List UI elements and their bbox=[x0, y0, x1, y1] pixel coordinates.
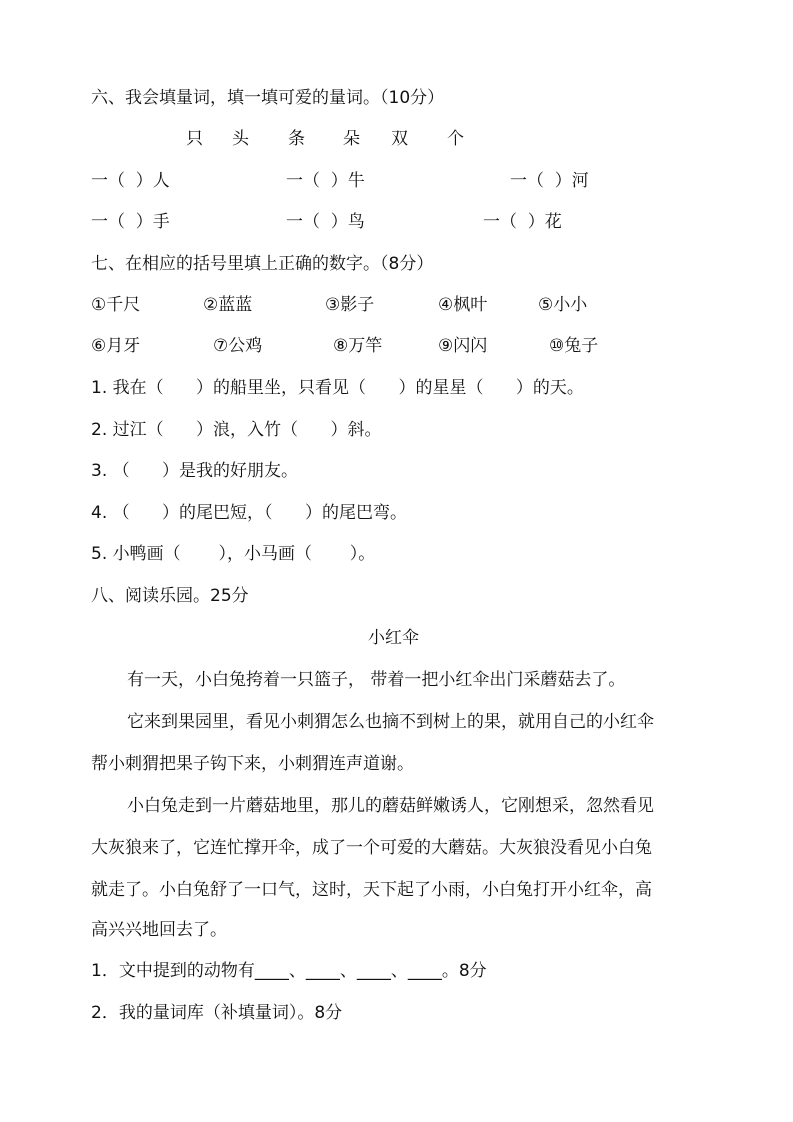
fill-blank-item[interactable]: 一（ ）手 bbox=[91, 212, 170, 232]
story-line: 小白兔走到一片蘑菇地里，那儿的蘑菇鲜嫩诱人，它刚想采，忽然看见 bbox=[127, 796, 654, 816]
option-item: ①千尺 bbox=[91, 295, 140, 315]
story-line: 就走了。小白兔舒了一口气，这时，天下起了小雨，小白兔打开小红伞，高 bbox=[91, 880, 652, 900]
option-item: ⑥月牙 bbox=[91, 336, 140, 356]
question-4[interactable]: 4. （ ）的尾巴短，（ ）的尾巴弯。 bbox=[91, 503, 407, 523]
fill-blank-item[interactable]: 一（ ）牛 bbox=[286, 171, 365, 191]
reading-question-1[interactable]: 1．文中提到的动物有____、____、____、____。8分 bbox=[91, 961, 487, 981]
section-6-title: 六、我会填量词，填一填可爱的量词。（10分） bbox=[91, 88, 444, 108]
fill-blank-item[interactable]: 一（ ）鸟 bbox=[286, 212, 365, 232]
question-1[interactable]: 1. 我在（ ）的船里坐，只看见（ ）的星星（ ）的天。 bbox=[91, 378, 584, 398]
word-bank-item: 朵 bbox=[343, 129, 360, 149]
reading-question-2[interactable]: 2．我的量词库（补填量词）。8分 bbox=[91, 1003, 342, 1023]
fill-blank-item[interactable]: 一（ ）河 bbox=[510, 171, 589, 191]
fill-blank-item[interactable]: 一（ ）人 bbox=[91, 171, 170, 191]
word-bank-item: 头 bbox=[232, 129, 249, 149]
option-item: ⑨闪闪 bbox=[438, 336, 487, 356]
story-title: 小红伞 bbox=[368, 628, 419, 648]
question-2[interactable]: 2. 过江（ ）浪，入竹（ ）斜。 bbox=[91, 420, 381, 440]
word-bank-item: 双 bbox=[391, 129, 408, 149]
option-item: ⑩兔子 bbox=[549, 336, 598, 356]
option-item: ⑧万竿 bbox=[333, 336, 382, 356]
word-bank-item: 条 bbox=[288, 129, 305, 149]
option-item: ③影子 bbox=[325, 295, 374, 315]
story-line: 高兴兴地回去了。 bbox=[91, 920, 227, 940]
story-line: 帮小刺猬把果子钩下来，小刺猬连声道谢。 bbox=[91, 754, 414, 774]
story-line: 它来到果园里，看见小刺猬怎么也摘不到树上的果，就用自己的小红伞 bbox=[127, 712, 654, 732]
option-item: ②蓝蓝 bbox=[203, 295, 252, 315]
option-item: ④枫叶 bbox=[438, 295, 487, 315]
question-5[interactable]: 5. 小鸭画（ ），小马画（ ）。 bbox=[91, 544, 375, 564]
section-8-title: 八、阅读乐园。25分 bbox=[91, 586, 249, 606]
word-bank-item: 个 bbox=[447, 129, 464, 149]
question-3[interactable]: 3. （ ）是我的好朋友。 bbox=[91, 461, 298, 481]
fill-blank-item[interactable]: 一（ ）花 bbox=[483, 212, 562, 232]
word-bank-item: 只 bbox=[186, 129, 203, 149]
option-item: ⑤小小 bbox=[538, 295, 587, 315]
option-item: ⑦公鸡 bbox=[213, 336, 262, 356]
story-line: 大灰狼来了，它连忙撑开伞，成了一个可爱的大蘑菇。大灰狼没看见小白兔 bbox=[91, 838, 652, 858]
section-7-title: 七、在相应的括号里填上正确的数字。（8分） bbox=[91, 254, 433, 274]
story-line: 有一天，小白兔挎着一只篮子， 带着一把小红伞出门采蘑菇去了。 bbox=[127, 670, 625, 690]
